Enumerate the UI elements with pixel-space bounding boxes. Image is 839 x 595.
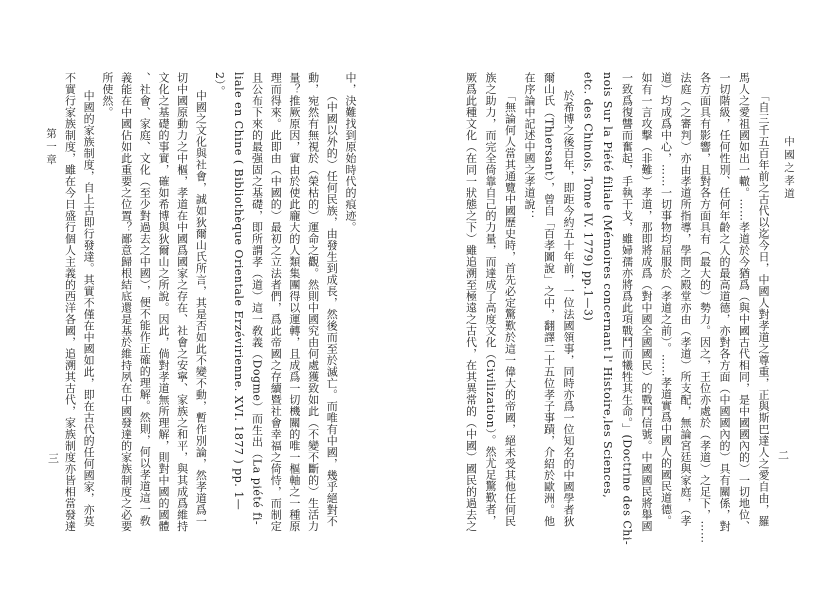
text-column: 中國之文化與社會，誠如狄爾山氏所言，其是否如此不變不動，暫作別論，然孝道爲一 [191,72,210,538]
text-column: 一切階級，任何性別、任何年齡之人的最高道德，亦對各方面（中國國內的）具有關係，對 [715,72,735,538]
text-column: 理而得來。此即由（中國的）最初之立法者們，爲此帝國之存續暨社會幸福之倚恃，而制定 [265,72,284,538]
page-number-right: 二 [778,447,789,463]
text-column: 爾山氏（Thiersant），曾自「百孝圖說」之中，翻譯二十五位孝子事蹟，介紹於… [539,72,559,538]
text-column: 2）。 [209,72,228,538]
text-column: 在序論中記述中國之孝道說： [520,72,540,538]
text-column: 中，決難找到原始時代的痕迹。 [340,72,359,538]
text-column: 切中國原動力之中樞，孝道在中國爲國家之存在、社會之安寧、家族之和平，與其成爲維持 [172,72,191,538]
text-column: 族之助力，而完全倚靠自己的力量，而達成了高度文化（Civilization）。然… [481,72,501,538]
text-column: 文化之基礎的事實，確如希博與狄爾山之所說。因此，倘對孝道無所理解，則對中國的國體 [153,72,172,538]
text-column: 且公布下來的最强固之基礎，即所謂孝（道）這一敎義（Dogme）而生出（La pi… [247,72,266,538]
text-column: etc. des Chinois, Tome IV. 1779) pp.1—3) [578,72,598,538]
text-column: 「無論何人當其通覽中國歷史時，首先必定驚歎於這一偉大的帝國，絕未受其他任何民 [500,72,520,538]
text-column: 、社會、家庭、文化（至少對過去之中國），便不能作正確的理解。然則，何以孝道這一敎 [135,72,154,538]
text-column: 量？推厥原因，實由於使此龐大的人類集團得以運轉，且成爲一切機關的唯一樞軸之一種原 [284,72,303,538]
page-number-left: 三 [48,450,59,466]
text-block-right: 「自三千五百年前之古代以迄今日，中國人對孝道之尊重，正與斯巴達人之愛自由，羅 馬… [461,72,773,538]
text-column: 「自三千五百年前之古代以迄今日，中國人對孝道之尊重，正與斯巴達人之愛自由，羅 [754,72,774,538]
running-title-left: 第一章 [44,128,59,167]
text-column: 厥爲此種文化（在同一狀態之下）雖追溯至極遠之古代，在其異常的（中國）國民的過去之 [461,72,481,538]
text-column: 一致爲復讐而奮起，手執干戈，雖婦孺亦將爲此項戰鬥而犧牲其生命。」(Doctrin… [617,72,637,538]
text-column: 中國的家族制度，自上古即行發達。其實不僅在中國如此，即在古代的任何國家，亦莫 [78,72,97,538]
text-column: 動，宛然有無視於（榮枯的）運命之觀。然則中國究由何處獲致如此（不變不斷的）生活力 [303,72,322,538]
text-column: 馬人之愛祖國如出一轍。……孝道於今猶爲（與中國古代相同，是中國國內的）一切地位、 [734,72,754,538]
text-block-left: 中，決難找到原始時代的痕迹。 （中國以外的）任何民族，由發生到成長，然後而至於滅… [59,72,359,538]
text-column: 道）均成爲中心，……一切事物均屈服於（孝道之前）。……孝道實爲中國人的國民道德。 [656,72,676,538]
text-column: 於希博之後百年，即距今約五十年前，一位法國領事，同時亦爲一位知名的中國學者狄 [559,72,579,538]
text-column: （中國以外的）任何民族，由發生到成長，然後而至於滅亡。而唯有中國，幾乎絕對不 [322,72,341,538]
text-column: nois Sur la Piété filiale (Mémoires conc… [598,72,618,538]
text-column: 義能在中國佔如此重要之位置？鄙意歸根結底還是基於維持夙在中國發達的家族制度之必要 [116,72,135,538]
running-title-right: 中國之孝道 [782,136,797,201]
text-column: liale en Chine ( Bibliothèque Orientale … [228,72,247,538]
text-column: 各方面具有影響，且對各方面具有（最大的）勢力。因之，王位亦處於（孝道）之足下，…… [695,72,715,538]
book-spread: 中國之孝道 二 「自三千五百年前之古代以迄今日，中國人對孝道之尊重，正與斯巴達人… [0,0,839,595]
text-column: 法庭（之審判）亦由孝道所指導，學問之殿堂亦由（孝道）所支配，無論宮廷與家庭，（孝 [676,72,696,538]
text-column: 所使然。 [97,72,116,538]
text-column: 不實行家族制度，雖在今日盛行個人主義的西洋各國，追溯其古代，家族制度亦皆相當發達 [60,72,79,538]
text-column: 如有一言攻擊（非難）孝道，那即將成爲（對中國全國國民）的戰鬥信號。中國國民將舉國 [637,72,657,538]
